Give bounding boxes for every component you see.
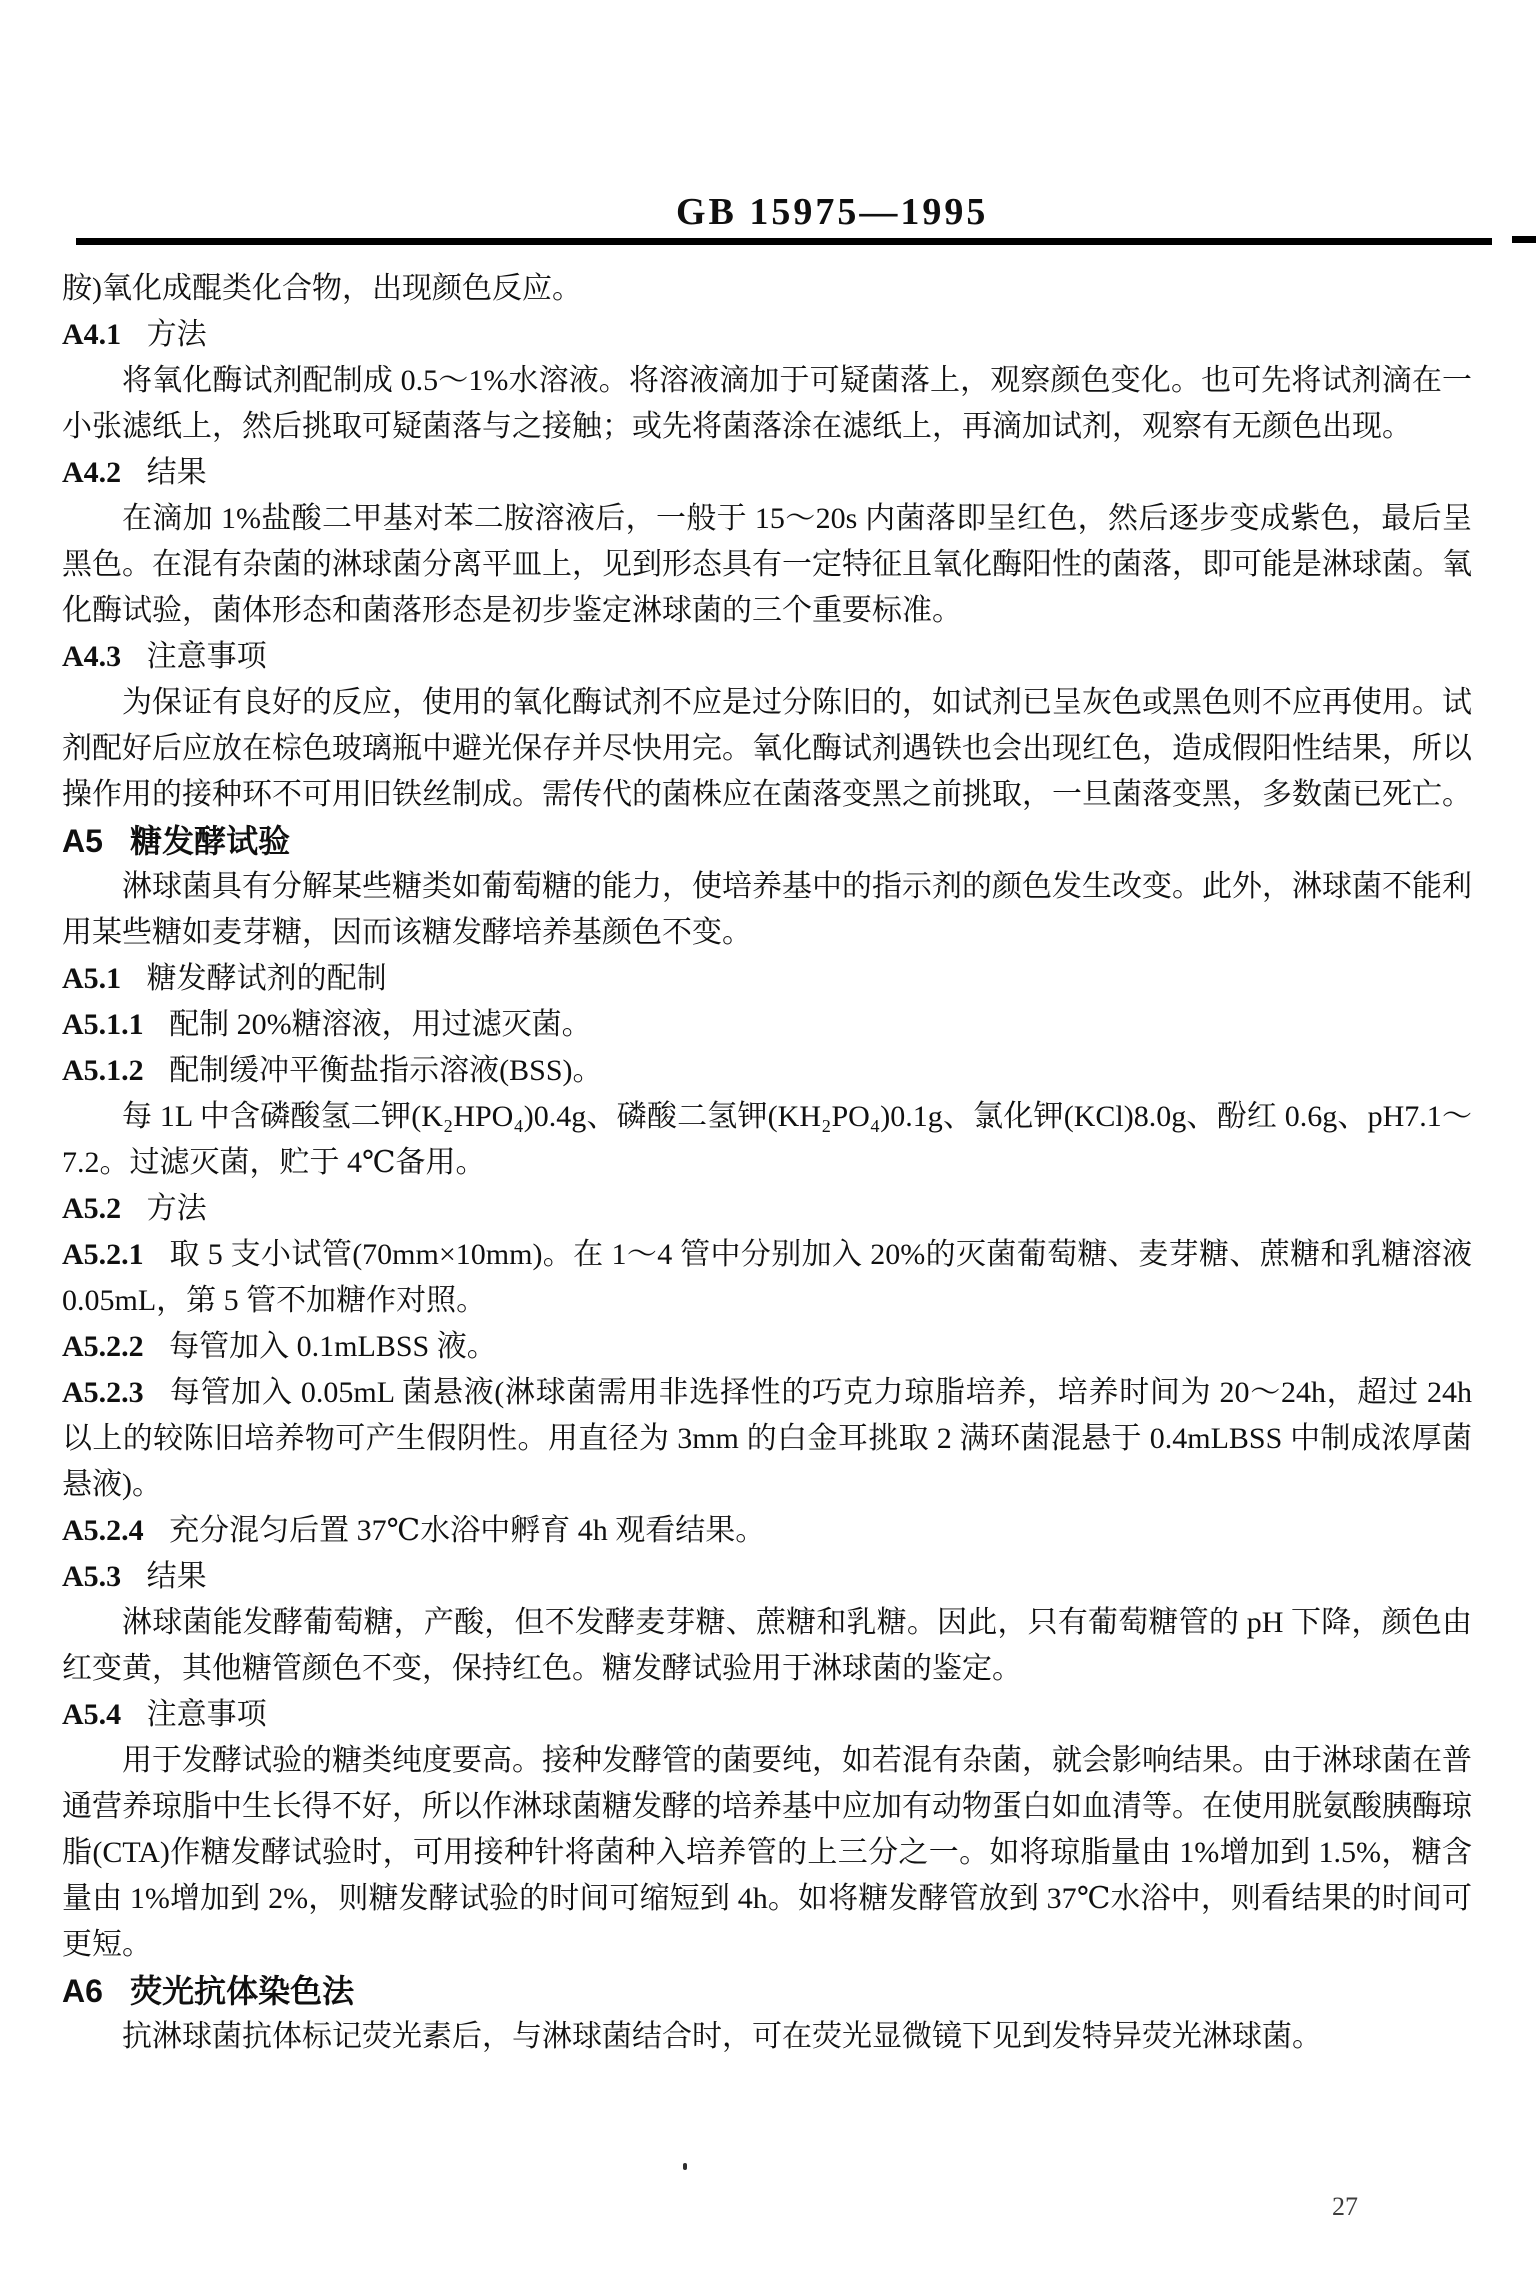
clause-number: A5.1 (62, 962, 121, 995)
clause-text: 配制缓冲平衡盐指示溶液(BSS)。 (169, 1054, 602, 1087)
numbered-clause-a5-2-3: A5.2.3每管加入 0.05mL 菌悬液(淋球菌需用非选择性的巧克力琼脂培养，… (62, 1370, 1472, 1508)
paragraph: 在滴加 1%盐酸二甲基对苯二胺溶液后，一般于 15～20s 内菌落即呈红色，然后… (62, 496, 1472, 634)
clause-number: A5.3 (62, 1560, 121, 1593)
paragraph: 淋球菌能发酵葡萄糖，产酸，但不发酵麦芽糖、蔗糖和乳糖。因此，只有葡萄糖管的 pH… (62, 1600, 1472, 1692)
paragraph: 淋球菌具有分解某些糖类如葡萄糖的能力，使培养基中的指示剂的颜色发生改变。此外，淋… (62, 864, 1472, 956)
clause-number: A5.2.1 (62, 1238, 144, 1271)
paragraph: 为保证有良好的反应，使用的氧化酶试剂不应是过分陈旧的，如试剂已呈灰色或黑色则不应… (62, 680, 1472, 818)
clause-title: 注意事项 (147, 640, 267, 673)
clause-title: 结果 (147, 1560, 207, 1593)
clause-number: A4.1 (62, 318, 121, 351)
clause-number: A5.2.4 (62, 1514, 144, 1547)
section-heading-a6: A6荧光抗体染色法 (62, 1968, 1472, 2014)
document-body: 胺)氧化成醌类化合物，出现颜色反应。 A4.1方法 将氧化酶试剂配制成 0.5～… (62, 266, 1472, 2060)
paragraph: 每 1L 中含磷酸氢二钾(K₂HPO₄)0.4g、磷酸二氢钾(KH₂PO₄)0.… (62, 1094, 1472, 1186)
clause-number: A5.1.2 (62, 1054, 144, 1087)
paragraph-continuation: 胺)氧化成醌类化合物，出现颜色反应。 (62, 266, 1472, 312)
section-heading-a5: A5糖发酵试验 (62, 818, 1472, 864)
clause-title: 方法 (147, 1192, 207, 1225)
section-number: A5 (62, 823, 103, 859)
clause-number: A5.2 (62, 1192, 121, 1225)
clause-number: A5.4 (62, 1698, 121, 1731)
clause-text: 取 5 支小试管(70mm×10mm)。在 1～4 管中分别加入 20%的灭菌葡… (62, 1238, 1472, 1317)
clause-heading-a5-3: A5.3结果 (62, 1554, 1472, 1600)
header-rule (76, 238, 1492, 245)
numbered-clause-a5-1-2: A5.1.2配制缓冲平衡盐指示溶液(BSS)。 (62, 1048, 1472, 1094)
numbered-clause-a5-2-2: A5.2.2每管加入 0.1mLBSS 液。 (62, 1324, 1472, 1370)
clause-text: 充分混匀后置 37℃水浴中孵育 4h 观看结果。 (169, 1514, 765, 1547)
clause-title: 方法 (147, 318, 207, 351)
page-number: 27 (1332, 2192, 1358, 2222)
clause-number: A5.2.2 (62, 1330, 144, 1363)
clause-text: 配制 20%糖溶液，用过滤灭菌。 (169, 1008, 592, 1041)
section-title: 荧光抗体染色法 (130, 1973, 354, 2009)
standard-number: GB 15975—1995 (676, 190, 988, 234)
numbered-clause-a5-2-4: A5.2.4充分混匀后置 37℃水浴中孵育 4h 观看结果。 (62, 1508, 1472, 1554)
document-page: GB 15975—1995 胺)氧化成醌类化合物，出现颜色反应。 A4.1方法 … (0, 0, 1536, 2285)
clause-title: 糖发酵试剂的配制 (147, 962, 387, 995)
clause-number: A4.3 (62, 640, 121, 673)
clause-title: 注意事项 (147, 1698, 267, 1731)
clause-heading-a5-1: A5.1糖发酵试剂的配制 (62, 956, 1472, 1002)
clause-number: A5.2.3 (62, 1376, 144, 1409)
numbered-clause-a5-1-1: A5.1.1配制 20%糖溶液，用过滤灭菌。 (62, 1002, 1472, 1048)
paragraph: 用于发酵试验的糖类纯度要高。接种发酵管的菌要纯，如若混有杂菌，就会影响结果。由于… (62, 1738, 1472, 1968)
clause-heading-a5-4: A5.4注意事项 (62, 1692, 1472, 1738)
clause-text: 每管加入 0.05mL 菌悬液(淋球菌需用非选择性的巧克力琼脂培养，培养时间为 … (62, 1376, 1472, 1501)
clause-text: 每管加入 0.1mLBSS 液。 (169, 1330, 497, 1363)
section-title: 糖发酵试验 (130, 823, 290, 859)
clause-heading-a4-2: A4.2结果 (62, 450, 1472, 496)
clause-heading-a5-2: A5.2方法 (62, 1186, 1472, 1232)
scan-speck (683, 2163, 687, 2170)
clause-number: A4.2 (62, 456, 121, 489)
clause-title: 结果 (147, 456, 207, 489)
paragraph: 将氧化酶试剂配制成 0.5～1%水溶液。将溶液滴加于可疑菌落上，观察颜色变化。也… (62, 358, 1472, 450)
clause-heading-a4-3: A4.3注意事项 (62, 634, 1472, 680)
clause-heading-a4-1: A4.1方法 (62, 312, 1472, 358)
paragraph: 抗淋球菌抗体标记荧光素后，与淋球菌结合时，可在荧光显微镜下见到发特异荧光淋球菌。 (62, 2014, 1472, 2060)
numbered-clause-a5-2-1: A5.2.1取 5 支小试管(70mm×10mm)。在 1～4 管中分别加入 2… (62, 1232, 1472, 1324)
clause-number: A5.1.1 (62, 1008, 144, 1041)
scan-edge-mark (1512, 236, 1536, 243)
section-number: A6 (62, 1973, 103, 2009)
